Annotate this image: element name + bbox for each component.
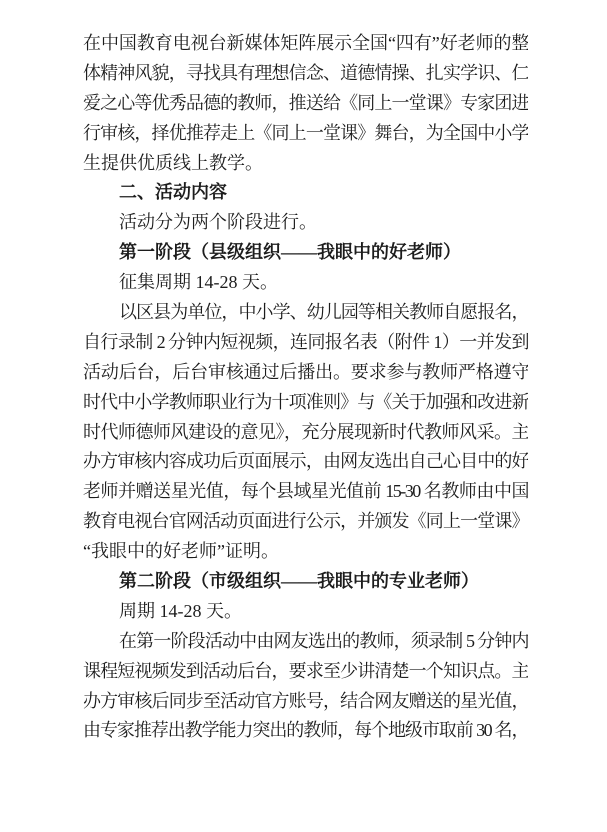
text-line: 时代师德师风建设的意见》，充分展现新时代教师风采。主 — [83, 418, 528, 448]
text-line: 办方审核内容成功后页面展示，由网友选出自己心目中的好 — [83, 447, 528, 477]
text-line: 生提供优质线上教学。 — [83, 149, 528, 179]
text-line: 活动后台，后台审核通过后播出。要求参与教师严格遵守《新 — [83, 358, 528, 388]
text-line: 课程短视频发到活动后台，要求至少讲清楚一个知识点。主 — [83, 657, 528, 687]
text-line: 行审核，择优推荐走上《同上一堂课》舞台，为全国中小学 — [83, 119, 528, 149]
text-line: 由专家推荐出教学能力突出的教师，每个地级市取前 30 名， — [83, 716, 528, 746]
text-line: 办方审核后同步至活动官方账号，结合网友赠送的星光值， — [83, 687, 528, 717]
document-page: 在中国教育电视台新媒体矩阵展示全国“四有”好老师的整 体精神风貌，寻找具有理想信… — [0, 0, 607, 832]
text-line: 以区县为单位，中小学、幼儿园等相关教师自愿报名， — [83, 298, 528, 328]
section-heading-activity-content: 二、活动内容 — [83, 178, 528, 208]
text-line: 教育电视台官网活动页面进行公示，并颁发《同上一堂课》 — [83, 507, 528, 537]
text-line: 征集周期 14-28 天。 — [83, 268, 528, 298]
stage-2-heading: 第二阶段（市级组织——我眼中的专业老师） — [83, 567, 528, 597]
text-line: 爱之心等优秀品德的教师，推送给《同上一堂课》专家团进 — [83, 89, 528, 119]
text-line: 在第一阶段活动中由网友选出的教师，须录制 5 分钟内 — [83, 627, 528, 657]
text-line: 在中国教育电视台新媒体矩阵展示全国“四有”好老师的整 — [83, 29, 528, 59]
text-line: 时代中小学教师职业行为十项准则》与《关于加强和改进新 — [83, 388, 528, 418]
stage-1-heading: 第一阶段（县级组织——我眼中的好老师） — [83, 238, 528, 268]
text-line: 老师并赠送星光值，每个县域星光值前 15-30 名教师由中国 — [83, 477, 528, 507]
text-line: 自行录制 2 分钟内短视频，连同报名表（附件 1）一并发到 — [83, 328, 528, 358]
document-text-block: 在中国教育电视台新媒体矩阵展示全国“四有”好老师的整 体精神风貌，寻找具有理想信… — [83, 29, 528, 746]
text-line: “我眼中的好老师”证明。 — [83, 537, 528, 567]
text-line: 周期 14-28 天。 — [83, 597, 528, 627]
text-line: 体精神风貌，寻找具有理想信念、道德情操、扎实学识、仁 — [83, 59, 528, 89]
text-line: 活动分为两个阶段进行。 — [83, 208, 528, 238]
